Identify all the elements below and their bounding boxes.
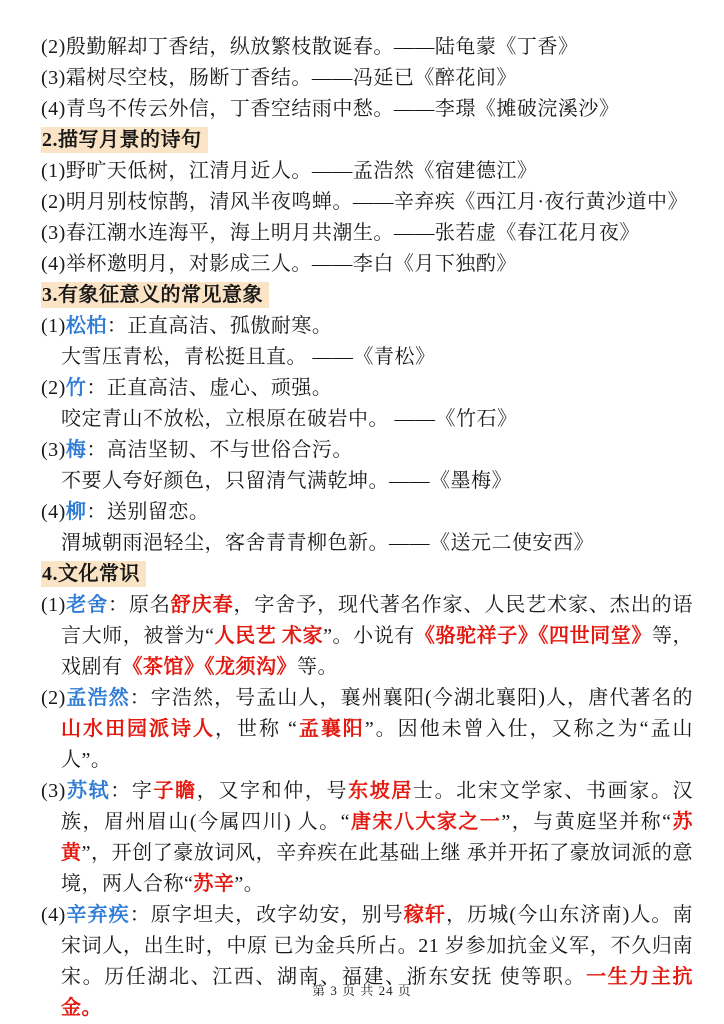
text-line: (3)梅：高洁坚韧、不与世俗合污。	[41, 435, 693, 466]
text-segment: ，世称 “	[215, 718, 297, 740]
emphasis-text: 松柏	[66, 315, 107, 337]
emphasis-text: 梅	[66, 439, 87, 461]
text-segment: (3)霜树尽空枝，肠断丁香结。——冯延已《醉花间》	[41, 67, 517, 89]
text-segment: 2.描写月景的诗句	[42, 129, 202, 151]
text-segment: ：字	[110, 780, 153, 802]
text-segment: ：送别留恋。	[86, 501, 209, 523]
emphasis-text: 稼轩	[404, 904, 446, 926]
text-line: (2)竹：正直高洁、虚心、顽强。	[41, 373, 693, 404]
text-segment: (2)	[41, 377, 66, 399]
emphasis-text: 苏轼	[66, 780, 110, 802]
text-segment: 大雪压青松，青松挺且直。 ——《青松》	[61, 346, 436, 368]
text-segment: ：高洁坚韧、不与世俗合污。	[86, 439, 353, 461]
emphasis-text: 孟襄阳	[297, 718, 364, 740]
emphasis-text: 舒庆春	[171, 594, 234, 616]
text-segment: (2)殷勤解却丁香结，纵放繁枝散诞春。——陆龟蒙《丁香》	[41, 36, 578, 58]
emphasis-text: 辛弃疾	[66, 904, 130, 926]
emphasis-text: 子瞻	[153, 780, 196, 802]
section-heading: 2.描写月景的诗句	[41, 125, 693, 156]
emphasis-text: 柳	[66, 501, 87, 523]
text-segment: 不要人夸好颜色，只留清气满乾坤。——《墨梅》	[61, 470, 512, 492]
section-heading: 4.文化常识	[41, 559, 693, 590]
emphasis-text: 《骆驼祥子》《四世同堂》	[415, 625, 652, 647]
text-segment: 3.有象征意义的常见意象	[42, 284, 263, 306]
text-segment: 等。	[297, 656, 338, 678]
text-segment: (2)	[41, 687, 66, 709]
text-segment: (4)青鸟不传云外信，丁香空结雨中愁。——李璟《摊破浣溪沙》	[41, 98, 619, 120]
text-segment: ”。小说有	[323, 625, 415, 647]
document-page: { "page": { "footer_text": "第 3 页 共 24 页…	[0, 0, 724, 1024]
text-segment: (4)举杯邀明月，对影成三人。——李白《月下独酌》	[41, 253, 517, 275]
text-segment: (3)春江潮水连海平，海上明月共潮生。——张若虚《春江花月夜》	[41, 222, 640, 244]
text-line: (4)柳：送别留恋。	[41, 497, 693, 528]
emphasis-text: 山水田园派诗人	[61, 718, 215, 740]
text-segment: (4)	[41, 904, 66, 926]
emphasis-text: 老舍	[66, 594, 108, 616]
section-heading: 3.有象征意义的常见意象	[41, 280, 693, 311]
text-segment: ：正直高洁、孤傲耐寒。	[107, 315, 333, 337]
text-segment: (3)	[41, 780, 66, 802]
text-segment: ：正直高洁、虚心、顽强。	[86, 377, 332, 399]
text-line: (3)春江潮水连海平，海上明月共潮生。——张若虚《春江花月夜》	[41, 218, 693, 249]
quote-line: 大雪压青松，青松挺且直。 ——《青松》	[41, 342, 693, 373]
text-line: (2)殷勤解却丁香结，纵放繁枝散诞春。——陆龟蒙《丁香》	[41, 32, 693, 63]
text-line: (4)举杯邀明月，对影成三人。——李白《月下独酌》	[41, 249, 693, 280]
quote-line: 不要人夸好颜色，只留清气满乾坤。——《墨梅》	[41, 466, 693, 497]
heading-highlight: 2.描写月景的诗句	[41, 127, 208, 153]
paragraph: (3)苏轼：字子瞻，又字和仲，号东坡居士。北宋文学家、书画家。汉族，眉州眉山(今…	[41, 776, 693, 900]
text-segment: ”，与黄庭坚并称“	[501, 811, 671, 833]
page-footer: 第 3 页 共 24 页	[0, 980, 724, 999]
text-segment: ”。	[234, 873, 264, 895]
text-segment: 4.文化常识	[42, 563, 140, 585]
paragraph: (4)辛弃疾：原字坦夫，改字幼安，别号稼轩，历城(今山东济南)人。南宋词人，出生…	[41, 900, 693, 1024]
emphasis-text: 《茶馆》《龙须沟》	[123, 656, 298, 678]
text-line: (1)野旷天低树，江清月近人。——孟浩然《宿建德江》	[41, 156, 693, 187]
text-segment: (1)野旷天低树，江清月近人。——孟浩然《宿建德江》	[41, 160, 537, 182]
heading-highlight: 3.有象征意义的常见意象	[41, 282, 269, 308]
emphasis-text: 孟浩然	[66, 687, 130, 709]
text-segment: (2)明月别枝惊鹊，清风半夜鸣蝉。——辛弃疾《西江月·夜行黄沙道中》	[41, 191, 688, 213]
quote-line: 咬定青山不放松，立根原在破岩中。 ——《竹石》	[41, 404, 693, 435]
text-segment: (1)	[41, 315, 66, 337]
emphasis-text: 竹	[66, 377, 87, 399]
text-line: (4)青鸟不传云外信，丁香空结雨中愁。——李璟《摊破浣溪沙》	[41, 94, 693, 125]
text-segment: (4)	[41, 501, 66, 523]
heading-highlight: 4.文化常识	[41, 561, 146, 587]
text-segment: ：原字坦夫，改字幼安，别号	[130, 904, 404, 926]
text-segment: ：原名	[108, 594, 171, 616]
paragraph: (2)孟浩然：字浩然，号孟山人，襄州襄阳(今湖北襄阳)人，唐代著名的山水田园派诗…	[41, 683, 693, 776]
text-segment: ：字浩然，号孟山人，襄州襄阳(今湖北襄阳)人，唐代著名的	[130, 687, 693, 709]
quote-line: 渭城朝雨浥轻尘，客舍青青柳色新。——《送元二使安西》	[41, 528, 693, 559]
emphasis-text: 东坡居	[348, 780, 413, 802]
text-line: (3)霜树尽空枝，肠断丁香结。——冯延已《醉花间》	[41, 63, 693, 94]
text-line: (1)松柏：正直高洁、孤傲耐寒。	[41, 311, 693, 342]
emphasis-text: 苏辛	[193, 873, 234, 895]
text-line: (2)明月别枝惊鹊，清风半夜鸣蝉。——辛弃疾《西江月·夜行黄沙道中》	[41, 187, 693, 218]
text-segment: (1)	[41, 594, 66, 616]
emphasis-text: 唐宋八大家之一	[350, 811, 501, 833]
page-content: (2)殷勤解却丁香结，纵放繁枝散诞春。——陆龟蒙《丁香》(3)霜树尽空枝，肠断丁…	[41, 32, 693, 1024]
text-segment: (3)	[41, 439, 66, 461]
emphasis-text: 人民艺 术家	[214, 625, 323, 647]
text-segment: 咬定青山不放松，立根原在破岩中。 ——《竹石》	[61, 408, 518, 430]
paragraph: (1)老舍：原名舒庆春，字舍予，现代著名作家、人民艺术家、杰出的语言大师，被誉为…	[41, 590, 693, 683]
text-segment: 渭城朝雨浥轻尘，客舍青青柳色新。——《送元二使安西》	[61, 532, 594, 554]
text-segment: ，又字和仲，号	[197, 780, 348, 802]
text-segment: ”，开创了豪放词风，辛弃疾在此基础上继 承并开拓了豪放词派的意境，两人合称“	[61, 842, 693, 895]
